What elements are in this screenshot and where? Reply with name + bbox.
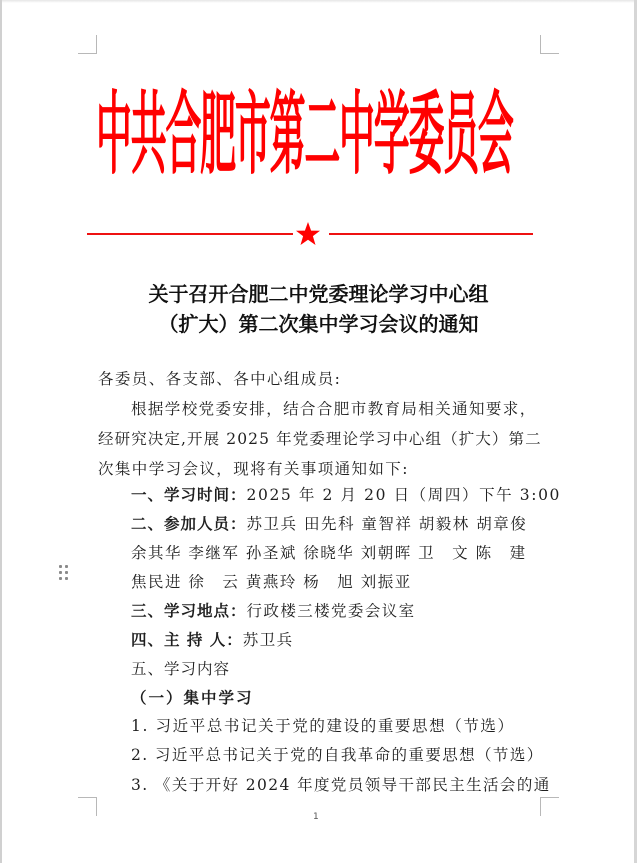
participants-line-2: 余其华 李继军 孙圣斌 徐晓华 刘朝晖 卫 文 陈 建 (131, 541, 527, 563)
document-masthead: 中共合肥市第二中学委员会 (96, 84, 528, 184)
page-left-edge (0, 0, 2, 863)
item-study-time: 一、学习时间：2025 年 2 月 20 日（周四）下午 3:00 (131, 483, 561, 505)
margin-corner-bottom-right (540, 797, 559, 816)
item-value: 苏卫兵 (243, 631, 294, 649)
item-value: 苏卫兵 田先科 童智祥 胡毅林 胡章俊 (247, 515, 528, 533)
item-study-location: 三、学习地点：行政楼三楼党委会议室 (131, 599, 416, 621)
study-list-item-3: 3. 《关于开好 2024 年度党员领导干部民主生活会的通 (131, 773, 551, 795)
red-divider-right (329, 233, 533, 235)
item-label: 三、学习地点： (131, 602, 247, 620)
notice-title-line-1: 关于召开合肥二中党委理论学习中心组 (80, 278, 557, 307)
item-label: 四、主 持 人： (131, 631, 243, 649)
margin-corner-bottom-left (78, 797, 97, 816)
masthead-title: 中共合肥市第二中学委员会 (96, 57, 513, 212)
notice-title-line-2: （扩大）第二次集中学习会议的通知 (80, 308, 557, 337)
study-list-item-1: 1. 习近平总书记关于党的建设的重要思想（节选） (131, 714, 515, 736)
item-value: 行政楼三楼党委会议室 (247, 602, 416, 620)
subheading-centralized-study: （一）集中学习 (131, 686, 254, 708)
page-number: 1 (313, 812, 319, 822)
top-edge-shadow (0, 0, 637, 3)
margin-corner-top-right (540, 35, 559, 54)
item-host: 四、主 持 人：苏卫兵 (131, 628, 294, 650)
intro-line-3: 次集中学习会议，现将有关事项通知如下: (98, 457, 409, 479)
item-study-content: 五、学习内容 (131, 657, 230, 679)
salutation: 各委员、各支部、各中心组成员: (98, 367, 341, 389)
item-value: 2025 年 2 月 20 日（周四）下午 3:00 (247, 486, 562, 504)
red-star-icon (295, 221, 321, 247)
participants-line-3: 焦民进 徐 云 黄燕玲 杨 旭 刘振亚 (131, 570, 412, 592)
item-label: 二、参加人员： (131, 515, 247, 533)
item-label: 一、学习时间： (131, 486, 247, 504)
red-divider-left (87, 233, 293, 235)
intro-line-1: 根据学校党委安排，结合合肥市教育局相关通知要求， (131, 397, 537, 419)
item-participants: 二、参加人员：苏卫兵 田先科 童智祥 胡毅林 胡章俊 (131, 512, 527, 534)
margin-corner-top-left (78, 35, 97, 54)
intro-line-2: 经研究决定,开展 2025 年党委理论学习中心组（扩大）第二 (98, 427, 542, 449)
study-list-item-2: 2. 习近平总书记关于党的自我革命的重要思想（节选） (131, 743, 544, 765)
drag-handle-icon[interactable] (59, 565, 69, 581)
